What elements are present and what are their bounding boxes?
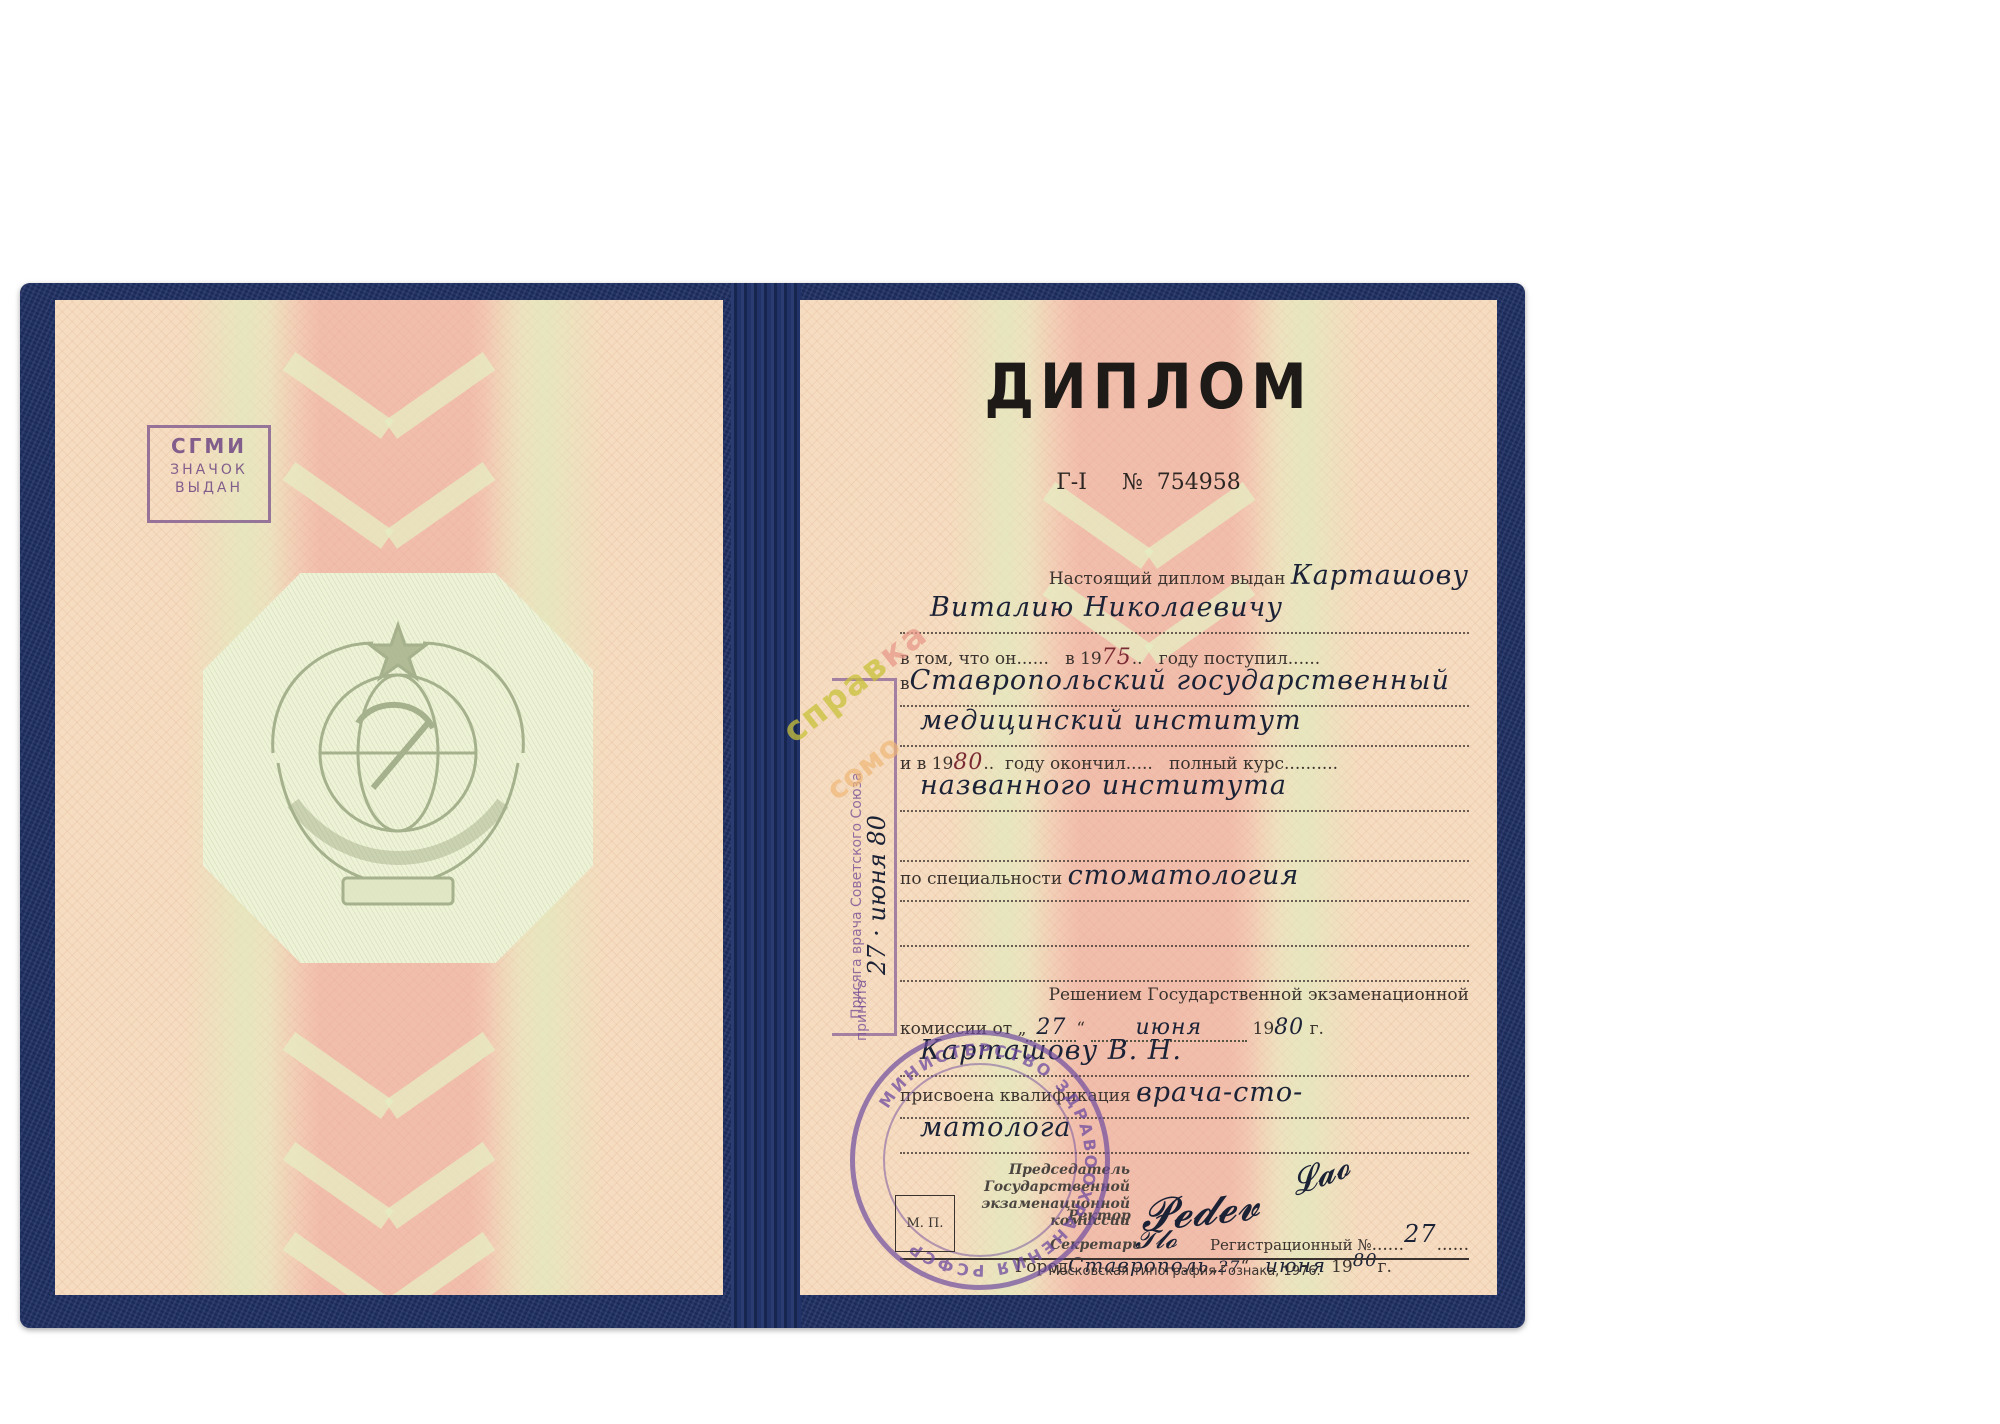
pattern-chevron <box>289 1200 489 1290</box>
institution-prefix: в <box>900 674 910 694</box>
institution-line-2: медицинский институт <box>900 705 1469 747</box>
emblem-panel <box>203 573 593 963</box>
pattern-chevron <box>289 1110 489 1200</box>
badge-issued-stamp: СГМИ ЗНАЧОК ВЫДАН <box>147 425 271 523</box>
seal-place-box: М. П. <box>895 1195 955 1252</box>
institution-name-2: медицинский институт <box>920 705 1302 736</box>
given-names: Виталию Николаевичу <box>930 592 1283 623</box>
surname: Карташову <box>1291 560 1469 591</box>
diploma-number: 754958 <box>1157 470 1241 495</box>
stamp-line: ЗНАЧОК <box>150 462 268 478</box>
diploma-serial: Г-I №754958 <box>800 470 1497 495</box>
issued-label: Настоящий диплом выдан <box>1049 569 1286 589</box>
seal-icon: МИНИСТЕРСТВО ЗДРАВООХРАНЕНИЯ РСФСР <box>855 1035 1105 1285</box>
right-page: ДИПЛОМ Г-I №754958 Настоящий диплом выда… <box>800 300 1497 1295</box>
secretary-signature: 𝓣𝓵𝓸 <box>1135 1225 1177 1256</box>
registration-label: Регистрационный № <box>1210 1236 1372 1254</box>
registration-number: 27 <box>1404 1220 1437 1248</box>
specialty-label: по специальности <box>900 869 1062 889</box>
left-page: СГМИ ЗНАЧОК ВЫДАН <box>55 300 723 1295</box>
pattern-chevron <box>1049 450 1249 540</box>
pattern-chevron <box>289 430 489 520</box>
blank-line <box>900 940 1469 982</box>
specialty: стоматология <box>1068 860 1300 891</box>
cover-spine <box>731 283 801 1328</box>
diploma-series: Г-I <box>1056 470 1087 495</box>
document-title: ДИПЛОМ <box>800 350 1497 423</box>
qualification-1: врача-сто- <box>1136 1077 1303 1108</box>
course-line: названного института <box>900 770 1469 812</box>
institution-name-1: Ставропольский государственный <box>910 665 1450 696</box>
pattern-chevron <box>289 320 489 410</box>
given-names-line: Виталию Николаевичу <box>900 592 1469 634</box>
blank-line <box>900 820 1469 862</box>
pattern-chevron <box>289 1000 489 1090</box>
course-name: названного института <box>920 770 1287 801</box>
oath-date-handwritten: 27 · июня 80 <box>863 755 891 975</box>
decision-label: Решением Государственной экзаменационной <box>1049 985 1469 1005</box>
institution-line-1: вСтавропольский государственный <box>900 665 1469 707</box>
ussr-emblem-icon <box>233 603 563 933</box>
stamp-line: ВЫДАН <box>150 480 268 496</box>
specialty-line: по специальности стоматология <box>900 860 1469 902</box>
number-sign: № <box>1122 470 1143 495</box>
stamp-line: СГМИ <box>150 434 268 458</box>
institution-seal: МИНИСТЕРСТВО ЗДРАВООХРАНЕНИЯ РСФСР <box>850 1030 1110 1290</box>
